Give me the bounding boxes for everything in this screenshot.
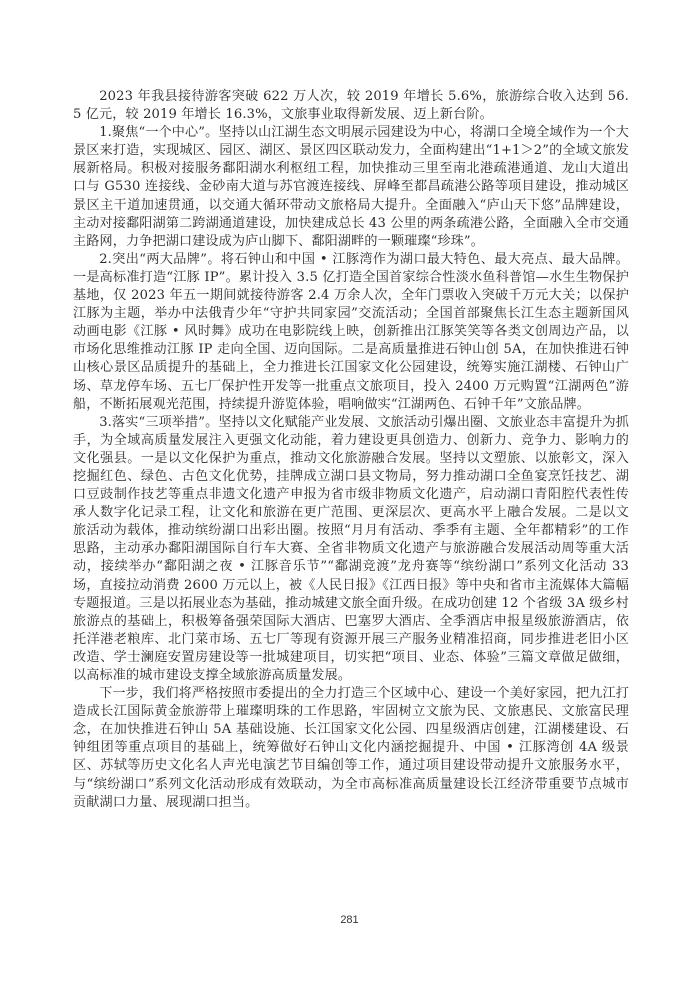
paragraph-summary: 2023 年我县接待游客突破 622 万人次，较 2019 年增长 5.6%，旅… xyxy=(73,88,629,124)
document-body: 2023 年我县接待游客突破 622 万人次，较 2019 年增长 5.6%，旅… xyxy=(73,88,629,812)
paragraph-three-measures: 3.落实“三项举措”。坚持以文化赋能产业发展、文旅活动引爆出圈、文旅业态丰富提升… xyxy=(73,414,629,685)
paragraph-one-center: 1.聚焦“一个中心”。坚持以山江湖生态文明展示园建设为中心，将湖口全境全域作为一… xyxy=(73,124,629,251)
page-number: 281 xyxy=(0,914,699,926)
paragraph-next-steps: 下一步，我们将严格按照市委提出的全力打造三个区域中心、建设一个美好家园，把九江打… xyxy=(73,685,629,812)
document-page: 2023 年我县接待游客突破 622 万人次，较 2019 年增长 5.6%，旅… xyxy=(0,0,699,987)
paragraph-two-brands: 2.突出“两大品牌”。将石钟山和中国 • 江豚湾作为湖口最大特色、最大亮点、最大… xyxy=(73,251,629,414)
